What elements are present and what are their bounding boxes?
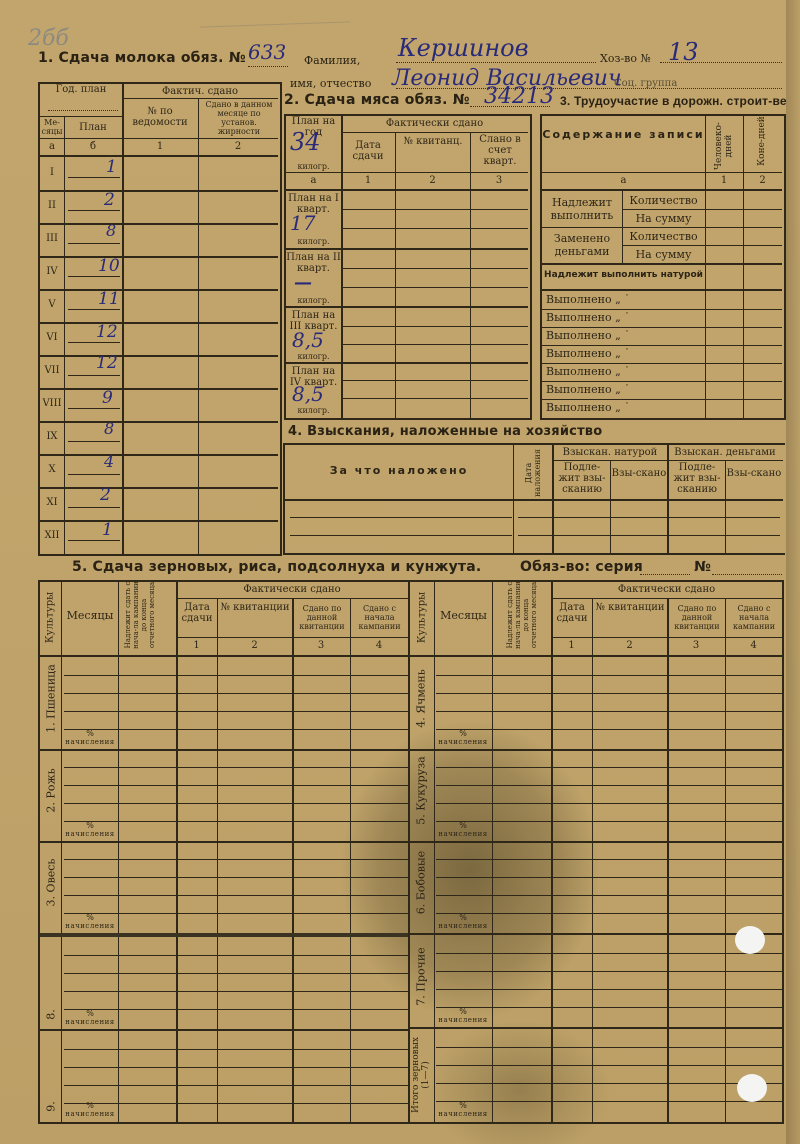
divider [64, 1085, 408, 1086]
month-label: III [40, 233, 64, 244]
farm-delivery-card: 2бб 1. Сдача молока обяз. № 633 Фамилия,… [0, 0, 800, 1144]
divider [542, 172, 782, 173]
pencil-archive-mark: 2бб [28, 26, 69, 51]
divider [68, 375, 120, 376]
amount-label: На сумму [622, 213, 705, 224]
month-plan-value[interactable]: 4 [104, 452, 114, 471]
section4-title: 4. Взыскания, наложенные на хозяйство [288, 424, 602, 439]
surname-label: Фамилия, [304, 54, 360, 67]
divider [436, 1047, 782, 1048]
divider [436, 767, 782, 768]
month-plan-value[interactable]: 9 [102, 388, 113, 408]
table-row: VIII9 [40, 388, 278, 423]
divider [68, 243, 120, 244]
dotted-line [660, 62, 782, 63]
kg-unit-label: килогр. [286, 237, 341, 246]
divider [68, 177, 120, 178]
amount-label: На сумму [622, 249, 705, 260]
divider [622, 245, 782, 246]
divider [436, 859, 782, 860]
completed-label: Выполнено „ ˙ [546, 365, 630, 378]
delivery-date-header: Дата сдачи [343, 140, 393, 162]
accrual-label: начисления [62, 738, 118, 747]
crop-label: 1. Пшеница [46, 660, 57, 738]
month-label: IX [40, 431, 64, 442]
month-plan-value[interactable]: 12 [96, 353, 118, 373]
crops-header: Культуры [45, 588, 56, 648]
section3-title: 3. Трудоучастие в дорожн. строит-ве [560, 94, 787, 108]
month-label: X [40, 464, 64, 475]
divider [436, 675, 782, 676]
month-plan-value[interactable]: 11 [98, 289, 120, 309]
crop-block-other: 7. Прочие % начисления [410, 935, 782, 1029]
divider [518, 517, 780, 518]
divider [68, 408, 120, 409]
table-row: XII1 [40, 520, 278, 550]
table-row: Выполнено „ ˙ [542, 327, 782, 346]
divider [542, 189, 782, 191]
collected-header: Взы-скано [726, 468, 782, 479]
crop-block-rye: 2. Рожь % начисления [40, 749, 408, 843]
table-row: Выполнено „ ˙ [542, 291, 782, 310]
divider [64, 711, 408, 712]
month-label: II [40, 200, 64, 211]
quarter-row: План на I кварт. 17 килогр. [286, 191, 528, 250]
mandays-header: Человеко-дней [714, 116, 734, 176]
crop-label: 6. Бобовые [416, 844, 427, 922]
months-header: Ме-сяцы [40, 118, 64, 136]
due-header: Подле-жит взы-сканию [554, 462, 610, 495]
table-row: Выполнено „ ˙ [542, 381, 782, 400]
divider [64, 767, 408, 768]
month-label: IV [40, 266, 64, 277]
divider [436, 989, 782, 990]
percent-label: % [434, 1101, 492, 1110]
divider [341, 132, 528, 133]
divider [64, 895, 408, 896]
by-receipt-header: Сдано по данной квитанции [294, 604, 350, 631]
dotted-line [640, 574, 690, 575]
table-row: IV10 [40, 256, 278, 291]
year-plan-header: Год. план [40, 84, 122, 95]
collected-header: Взы-скано [611, 468, 667, 479]
due-header: Надлежит сдать с нача-ла кампании до кон… [124, 579, 156, 651]
divider [176, 637, 408, 638]
divider [343, 398, 528, 399]
actual-delivered-header: Фактич. сдано [122, 86, 278, 97]
divider [436, 785, 782, 786]
divider [436, 711, 782, 712]
month-plan-value[interactable]: 1 [106, 157, 117, 177]
crop-block-oats: 3. Овесь % начисления [40, 841, 408, 937]
quarter-plan-value[interactable]: 8,5 [292, 328, 324, 352]
divider [290, 535, 512, 536]
crop-label: 3. Овесь [46, 844, 57, 922]
divider [436, 877, 782, 878]
quarter-delivered-header: Слано в счет кварт. [472, 134, 528, 167]
col-index-1: 1 [551, 640, 592, 651]
divider [64, 1049, 408, 1050]
completed-label: Выполнено „ ˙ [546, 347, 630, 360]
table-row: III8 [40, 223, 278, 258]
penalty-date-header: Дата наложения [524, 448, 542, 498]
divider [64, 955, 408, 956]
divider [68, 540, 120, 541]
month-plan-value[interactable]: 8 [106, 221, 116, 240]
divider [343, 380, 528, 381]
quarter-row: План на III кварт. 8,5 килогр. [286, 308, 528, 364]
crop-block-barley: 4. Ячмень % начисления [410, 657, 782, 751]
table-row: Выполнено „ ˙ [542, 345, 782, 364]
since-start-header: Сдано с начала кампании [351, 604, 408, 631]
money-header: Взыскан. деньгами [668, 447, 782, 458]
divider [64, 785, 408, 786]
crop-label: 9. [46, 1068, 57, 1144]
divider [68, 309, 120, 310]
divider [343, 228, 528, 229]
crop-block-8: 8. % начисления [40, 937, 408, 1031]
accrual-label: начисления [62, 830, 118, 839]
delivery-date-header: Дата сдачи [178, 602, 216, 624]
replaced-money-label: Заменено деньгами [542, 232, 622, 258]
dotted-line [396, 88, 782, 89]
month-plan-value[interactable]: 2 [104, 190, 115, 210]
quarter-plan-value[interactable]: 17 [290, 211, 315, 235]
table-row: Выполнено „ ˙ [542, 309, 782, 328]
crop-block-wheat: 1. Пшеница % начисления [40, 657, 408, 751]
month-label: XII [40, 530, 64, 541]
divider [68, 276, 120, 277]
divider [343, 287, 528, 288]
divider [64, 1067, 408, 1068]
accrual-label: начисления [62, 1110, 118, 1119]
divider [551, 637, 782, 638]
obligation-series-label: Обяз-во: серия [520, 559, 643, 575]
actual-delivered-header: Фактически сдано [341, 118, 528, 129]
farm-number-label: Хоз-во № [600, 52, 651, 65]
divider [122, 98, 278, 99]
meat-obligation-number[interactable]: 34213 [484, 84, 554, 109]
receipt-number-header: № квитанц. [397, 136, 469, 147]
statement-number-header: № по ведомости [124, 106, 196, 128]
months-header: Месяцы [62, 610, 118, 621]
percent-label: % [62, 1009, 118, 1018]
by-receipt-header: Сдано по данной квитанции [669, 604, 725, 631]
in-kind-label: Надлежит выполнить натурой [542, 270, 705, 280]
col-index-a: а [286, 175, 341, 186]
crop-block-legumes: 6. Бобовые % начисления [410, 841, 782, 935]
completed-label: Выполнено „ ˙ [546, 401, 630, 414]
plan-year-value[interactable]: 34 [290, 128, 321, 156]
crop-block-total-grain: Итого зерновых (1—7) % начисления [410, 1029, 782, 1120]
percent-label: % [62, 729, 118, 738]
month-label: XI [40, 497, 64, 508]
divider [64, 877, 408, 878]
divider [64, 991, 408, 992]
crop-label: Итого зерновых (1—7) [411, 1032, 431, 1118]
col-index-1: 1 [341, 175, 395, 186]
percent-label: % [434, 1007, 492, 1016]
due-header: Надлежит сдать с нача-ла кампании до кон… [506, 579, 538, 651]
percent-label: % [62, 913, 118, 922]
kg-unit-label: килогр. [286, 162, 341, 171]
divider [290, 517, 512, 518]
divider [68, 474, 120, 475]
dotted-line [712, 574, 782, 575]
divider [343, 326, 528, 327]
table-row: I1 [40, 157, 278, 192]
divider [542, 227, 782, 228]
divider [285, 499, 783, 501]
receipt-number-header: № квитанции [218, 602, 292, 613]
col-index-2: 2 [592, 640, 667, 651]
section2-title: 2. Сдача мяса обяз. № [284, 92, 470, 108]
col-index-1: 1 [122, 141, 198, 152]
percent-label: % [434, 913, 492, 922]
due-header: Подле-жит взы-сканию [669, 462, 725, 495]
completed-label: Выполнено „ ˙ [546, 383, 630, 396]
divider [436, 1065, 782, 1066]
table-row: VII12 [40, 355, 278, 390]
divider [436, 1083, 782, 1084]
divider [64, 693, 408, 694]
table-row: X4 [40, 454, 278, 489]
divider [518, 535, 780, 536]
accrual-label: начисления [62, 922, 118, 931]
quantity-label: Количество [622, 195, 705, 206]
punch-hole [737, 1074, 767, 1102]
divider [436, 971, 782, 972]
table-row: Выполнено „ ˙ [542, 399, 782, 416]
divider [40, 116, 122, 117]
col-index-b: б [64, 141, 122, 152]
accrual-label: начисления [434, 738, 492, 747]
completed-label: Выполнено „ ˙ [546, 329, 630, 342]
name-label: имя, отчество [290, 77, 371, 90]
divider [343, 344, 528, 345]
section5-title: 5. Сдача зерновых, риса, подсолнуха и ку… [72, 559, 481, 575]
col-index-3: 3 [470, 175, 528, 186]
col-index-a: а [542, 175, 705, 186]
month-label: VII [40, 365, 64, 376]
plan-header: План [64, 122, 122, 133]
table-row: V11 [40, 289, 278, 324]
col-index-2: 2 [217, 640, 292, 651]
dotted-line [48, 110, 118, 111]
quantity-label: Количество [622, 231, 705, 242]
col-index-1: 1 [176, 640, 217, 651]
table-row: IX8 [40, 421, 278, 456]
crop-block-corn: 5. Кукуруза % начисления [410, 749, 782, 843]
obligation-number-label: № [694, 559, 711, 575]
table-row: XI2 [40, 487, 278, 522]
quarter-row: План на II кварт. — килогр. [286, 250, 528, 308]
month-label: VI [40, 332, 64, 343]
quarter-plan-value[interactable]: 8,5 [292, 382, 324, 406]
col-index-3: 3 [667, 640, 725, 651]
month-label: VIII [40, 398, 64, 409]
percent-label: % [62, 1101, 118, 1110]
divider [64, 973, 408, 974]
month-plan-value[interactable]: 1 [102, 520, 113, 540]
divider [68, 210, 120, 211]
section1-title: 1. Сдача молока обяз. № [38, 50, 246, 66]
divider [343, 268, 528, 269]
dotted-line [396, 62, 596, 63]
crop-label: 4. Ячмень [416, 660, 427, 738]
accrual-label: начисления [434, 830, 492, 839]
col-index-1: 1 [705, 175, 743, 186]
col-index-3: 3 [292, 640, 350, 651]
faded-pencil-scribble [200, 11, 350, 27]
actual-delivered-header: Фактически сдано [551, 584, 782, 595]
punch-hole [735, 926, 765, 954]
in-kind-header: Взыскан. натурой [553, 447, 667, 458]
page-edge-shadow [786, 0, 800, 1144]
accrual-label: начисления [62, 1018, 118, 1027]
table-row: II2 [40, 190, 278, 225]
col-index-2: 2 [743, 175, 782, 186]
month-plan-value[interactable]: 12 [96, 322, 118, 342]
col-index-a: а [40, 141, 64, 152]
divider [436, 953, 782, 954]
milk-obligation-number[interactable]: 633 [248, 40, 286, 64]
divider [286, 172, 528, 173]
month-label: I [40, 167, 64, 178]
percent-label: % [434, 729, 492, 738]
crop-label: 5. Кукуруза [416, 752, 427, 830]
month-plan-value[interactable]: 2 [100, 485, 111, 505]
dotted-line [248, 66, 288, 67]
surname-field[interactable]: Кершинов [398, 34, 529, 62]
crop-block-9: 9. % начисления [40, 1031, 408, 1120]
accrual-label: начисления [434, 1016, 492, 1025]
month-label: V [40, 299, 64, 310]
divider [40, 138, 278, 139]
col-index-2: 2 [395, 175, 470, 186]
kg-unit-label: килогр. [286, 406, 341, 415]
divider [68, 441, 120, 442]
divider [436, 895, 782, 896]
divider [551, 598, 782, 599]
quarter-plan-value[interactable]: — [294, 272, 312, 293]
divider [68, 342, 120, 343]
col-index-4: 4 [350, 640, 408, 651]
divider [552, 460, 783, 461]
month-plan-value[interactable]: 10 [98, 256, 120, 276]
month-plan-value[interactable]: 8 [104, 419, 114, 438]
since-start-header: Сдано с начала кампании [726, 604, 782, 631]
kg-unit-label: килогр. [286, 296, 341, 305]
divider [542, 263, 782, 265]
divider [436, 803, 782, 804]
crop-label: 7. Прочие [416, 938, 427, 1016]
divider [64, 859, 408, 860]
receipt-number-header: № квитанции [593, 602, 667, 613]
table-row: Выполнено „ ˙ [542, 363, 782, 382]
divider [64, 803, 408, 804]
quarter-label: План на II кварт. [286, 252, 341, 274]
crops-header: Культуры [417, 588, 428, 648]
must-fulfill-label: Надлежит выполнить [542, 196, 622, 222]
kg-unit-label: килогр. [286, 352, 341, 361]
actual-delivered-header: Фактически сдано [176, 584, 408, 595]
months-header: Месяцы [435, 610, 492, 621]
content-header: Содержание записи [542, 128, 705, 141]
divider [622, 209, 782, 210]
divider [176, 598, 408, 599]
percent-label: % [434, 821, 492, 830]
divider [68, 507, 120, 508]
delivered-fat-header: Сдано в данном месяце по установ. жирнос… [200, 100, 278, 136]
accrual-label: начисления [434, 922, 492, 931]
percent-label: % [62, 821, 118, 830]
divider [436, 693, 782, 694]
divider [343, 209, 528, 210]
table-row: VI12 [40, 322, 278, 357]
crop-label: 2. Рожь [46, 752, 57, 830]
divider [64, 675, 408, 676]
delivery-date-header: Дата сдачи [553, 602, 591, 624]
quarter-row: План на IV кварт. 8,5 килогр. [286, 364, 528, 416]
col-index-2: 2 [198, 141, 278, 152]
reason-header: За что наложено [285, 464, 513, 477]
accrual-label: начисления [434, 1110, 492, 1119]
completed-label: Выполнено „ ˙ [546, 311, 630, 324]
completed-label: Выполнено „ ˙ [546, 293, 630, 306]
horsedays-header: Коне-дней [757, 113, 767, 169]
divider [513, 443, 514, 553]
col-index-4: 4 [725, 640, 782, 651]
